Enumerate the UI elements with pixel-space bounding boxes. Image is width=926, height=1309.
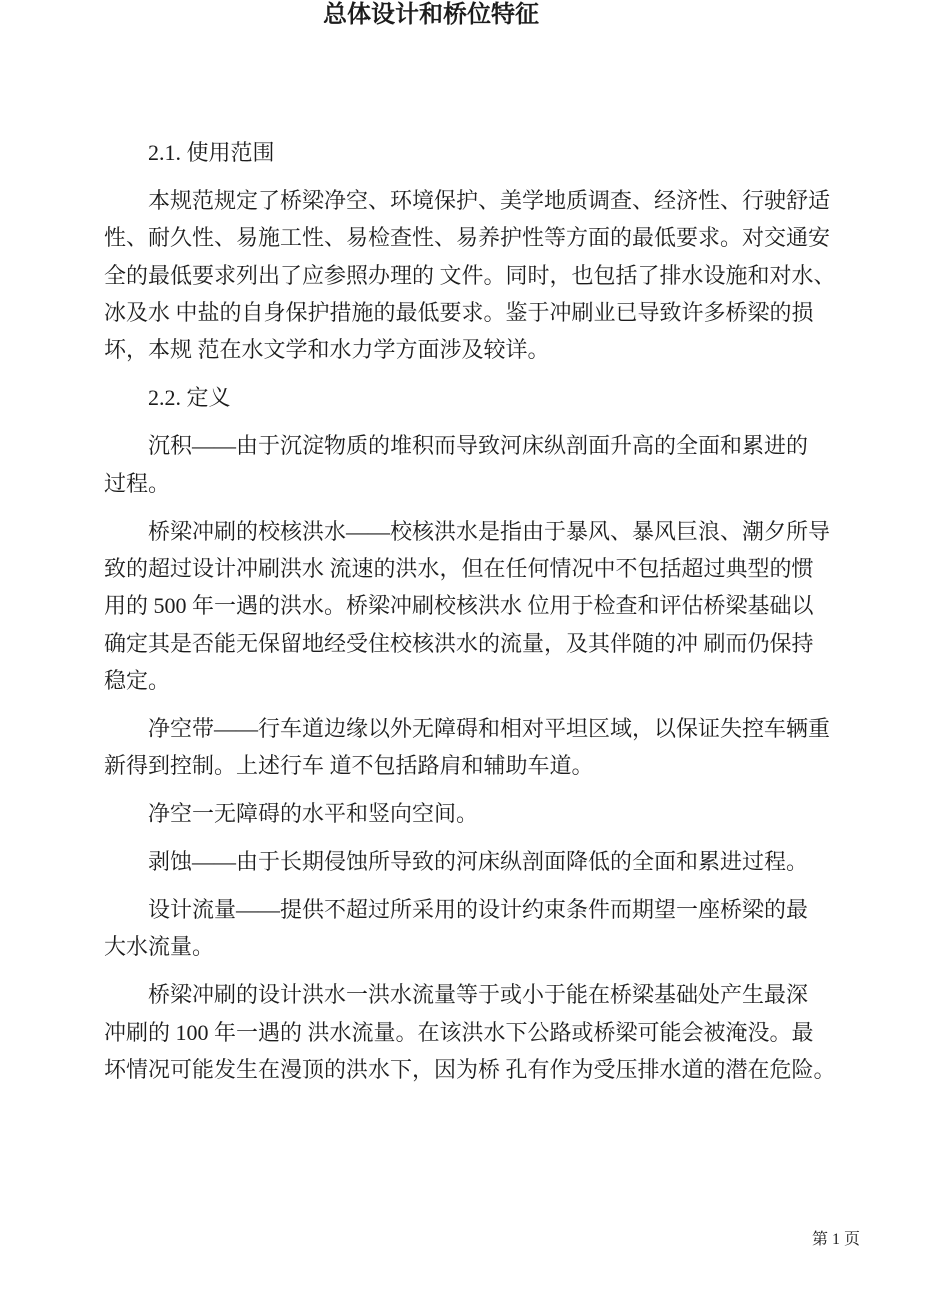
text-line: 冲刷的 100 年一遇的 洪水流量。在该洪水下公路或桥梁可能会被淹没。最	[104, 1014, 831, 1051]
text-line: 桥梁冲刷的校核洪水——校核洪水是指由于暴风、暴风巨浪、潮夕所导	[104, 513, 831, 550]
paragraph: 桥梁冲刷的设计洪水一洪水流量等于或小于能在桥梁基础处产生最深冲刷的 100 年一…	[104, 976, 831, 1088]
paragraph: 剥蚀——由于长期侵蚀所导致的河床纵剖面降低的全面和累进过程。	[104, 843, 831, 880]
text-line: 新得到控制。上述行车 道不包括路肩和辅助车道。	[104, 747, 831, 784]
text-line: 2.2. 定义	[104, 379, 831, 416]
text-line: 2.1. 使用范围	[104, 134, 831, 171]
document-body: 2.1. 使用范围本规范规定了桥梁净空、环境保护、美学地质调查、经济性、行驶舒适…	[104, 134, 831, 1099]
page-number: 第 1 页	[812, 1231, 860, 1249]
document-title: 总体设计和桥位特征	[0, 0, 894, 30]
text-line: 本规范规定了桥梁净空、环境保护、美学地质调查、经济性、行驶舒适	[104, 182, 831, 219]
text-line: 致的超过设计冲刷洪水 流速的洪水，但在任何情况中不包括超过典型的惯	[104, 550, 831, 587]
text-line: 剥蚀——由于长期侵蚀所导致的河床纵剖面降低的全面和累进过程。	[104, 843, 831, 880]
text-line: 性、耐久性、易施工性、易检查性、易养护性等方面的最低要求。对交通安	[104, 219, 831, 256]
document-page: 总体设计和桥位特征 2.1. 使用范围本规范规定了桥梁净空、环境保护、美学地质调…	[0, 0, 926, 1309]
text-blocks: 2.1. 使用范围本规范规定了桥梁净空、环境保护、美学地质调查、经济性、行驶舒适…	[104, 134, 831, 1088]
text-line: 坏情况可能发生在漫顶的洪水下，因为桥 孔有作为受压排水道的潜在危险。	[104, 1051, 831, 1088]
paragraph: 净空一无障碍的水平和竖向空间。	[104, 795, 831, 832]
paragraph: 本规范规定了桥梁净空、环境保护、美学地质调查、经济性、行驶舒适性、耐久性、易施工…	[104, 182, 831, 369]
text-line: 沉积——由于沉淀物质的堆积而导致河床纵剖面升高的全面和累进的	[104, 427, 831, 464]
text-line: 净空带——行车道边缘以外无障碍和相对平坦区域，以保证失控车辆重	[104, 710, 831, 747]
section-heading: 2.2. 定义	[104, 379, 831, 416]
text-line: 稳定。	[104, 662, 831, 699]
text-line: 净空一无障碍的水平和竖向空间。	[104, 795, 831, 832]
text-line: 大水流量。	[104, 928, 831, 965]
paragraph: 净空带——行车道边缘以外无障碍和相对平坦区域，以保证失控车辆重新得到控制。上述行…	[104, 710, 831, 785]
paragraph: 桥梁冲刷的校核洪水——校核洪水是指由于暴风、暴风巨浪、潮夕所导致的超过设计冲刷洪…	[104, 513, 831, 700]
text-line: 设计流量——提供不超过所采用的设计约束条件而期望一座桥梁的最	[104, 891, 831, 928]
text-line: 过程。	[104, 465, 831, 502]
paragraph: 设计流量——提供不超过所采用的设计约束条件而期望一座桥梁的最大水流量。	[104, 891, 831, 966]
text-line: 用的 500 年一遇的洪水。桥梁冲刷校核洪水 位用于检查和评估桥梁基础以	[104, 587, 831, 624]
text-line: 确定其是否能无保留地经受住校核洪水的流量，及其伴随的冲 刷而仍保持	[104, 625, 831, 662]
paragraph: 沉积——由于沉淀物质的堆积而导致河床纵剖面升高的全面和累进的过程。	[104, 427, 831, 502]
text-line: 坏，本规 范在水文学和水力学方面涉及较详。	[104, 331, 831, 368]
text-line: 冰及水 中盐的自身保护措施的最低要求。鉴于冲刷业已导致许多桥梁的损	[104, 294, 831, 331]
section-heading: 2.1. 使用范围	[104, 134, 831, 171]
text-line: 桥梁冲刷的设计洪水一洪水流量等于或小于能在桥梁基础处产生最深	[104, 976, 831, 1013]
text-line: 全的最低要求列出了应参照办理的 文件。同时，也包括了排水设施和对水、	[104, 257, 831, 294]
